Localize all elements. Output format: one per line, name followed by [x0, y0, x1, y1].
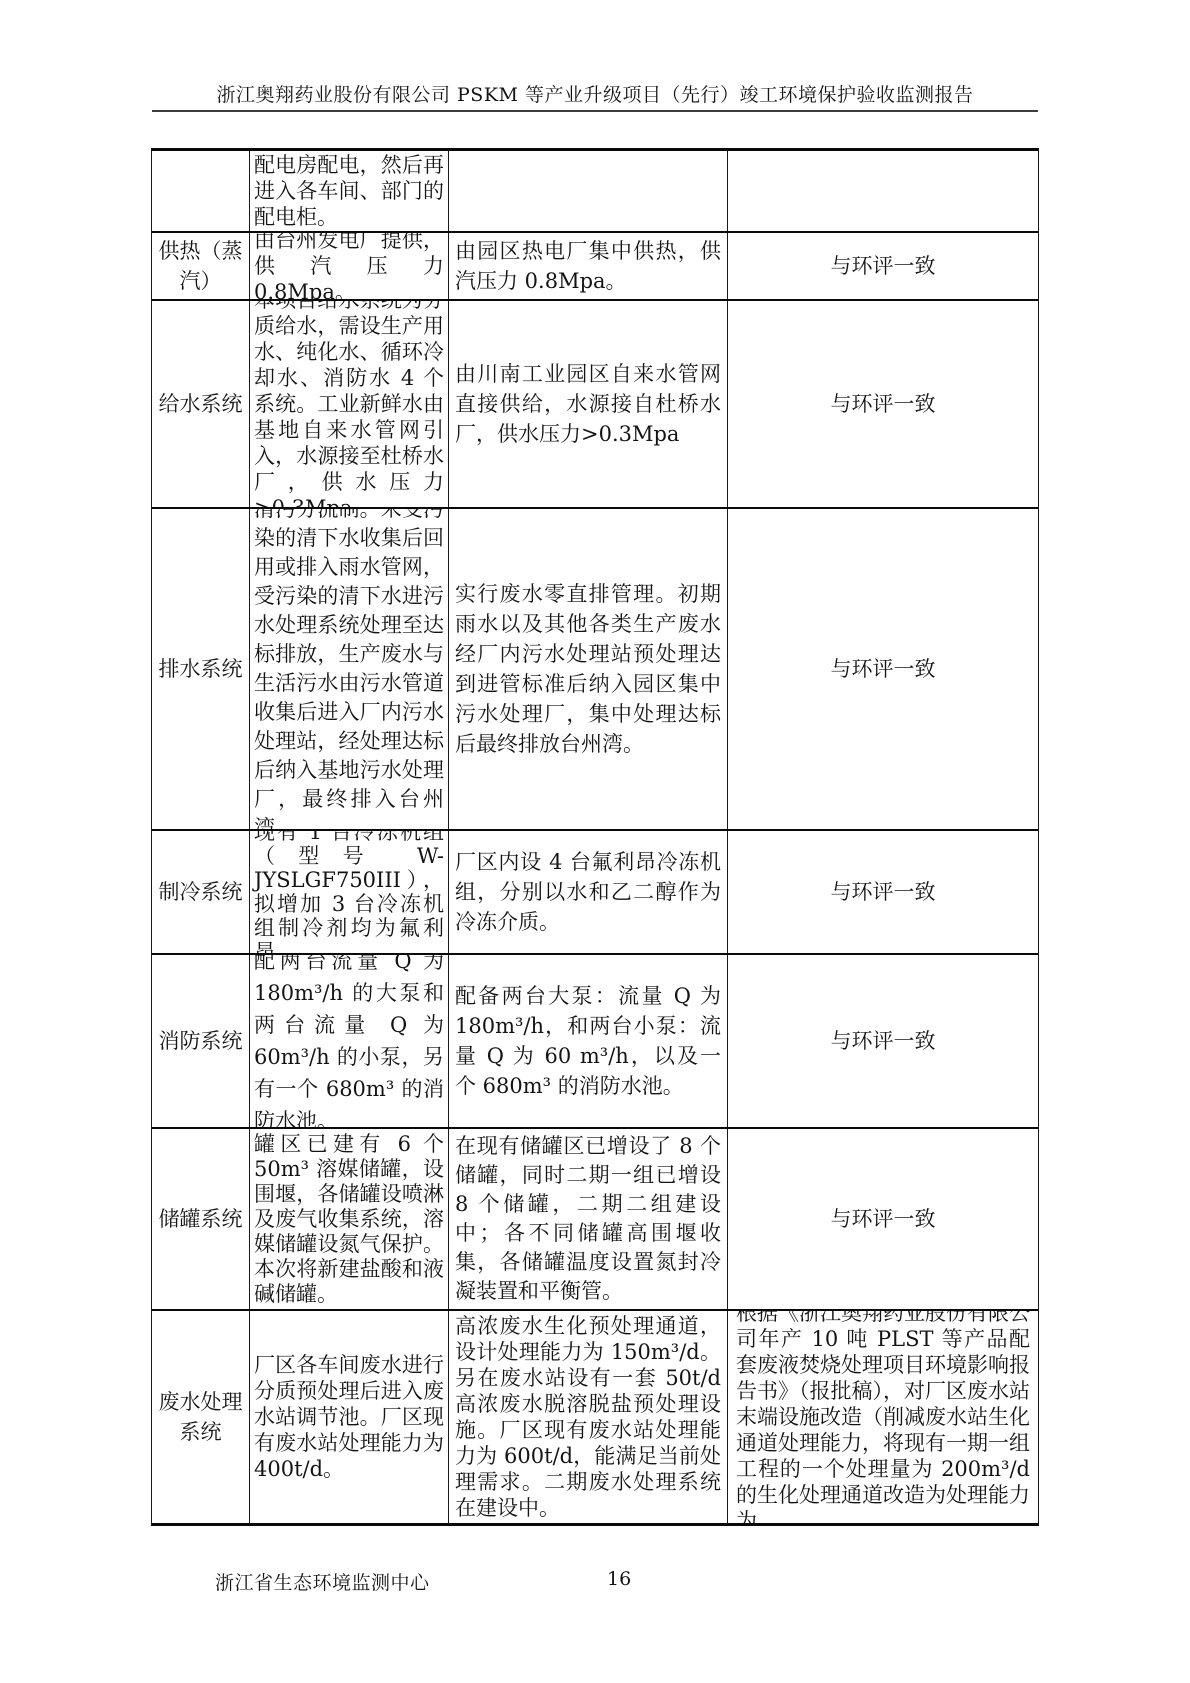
actual-content-text: 高浓废水生化预处理通道，设计处理能力为 150m³/d。另在废水站设有一套 50… [455, 1313, 721, 1521]
actual-content-cell [448, 151, 727, 231]
conclusion-cell: 与环评一致 [727, 233, 1038, 299]
conclusion-text: 与环评一致 [736, 389, 1030, 419]
epa-content-text: 本项目给水系统为分质给水，需设生产用水、纯化水、循环冷却水、消防水 4 个系统。… [254, 301, 444, 507]
epa-content-cell: 罐区已建有 6 个 50m³ 溶媒储罐，设围堰，各储罐设喷淋及废气收集系统，溶媒… [249, 1129, 448, 1309]
conclusion-text: 根据《浙江奥翔药业股份有限公司年产 10 吨 PLST 等产品配套废液焚烧处理项… [736, 1311, 1030, 1523]
system-name-text: 废水处理系统 [155, 1387, 246, 1447]
actual-content-cell: 由川南工业园区自来水管网直接供给，水源接自杜桥水厂，供水压力>0.3Mpa [448, 301, 727, 507]
system-name-text: 供热（蒸汽） [155, 236, 246, 296]
conclusion-cell: 与环评一致 [727, 955, 1038, 1127]
epa-content-text: 厂区各车间废水进行分质预处理后进入废水站调节池。厂区现有废水站处理能力为 400… [254, 1352, 444, 1482]
epa-content-cell: 清污分流制。未受污染的清下水收集后回用或排入雨水管网，受污染的清下水进污水处理系… [249, 509, 448, 829]
table-row: 排水系统 清污分流制。未受污染的清下水收集后回用或排入雨水管网，受污染的清下水进… [152, 507, 1038, 829]
conclusion-cell: 与环评一致 [727, 509, 1038, 829]
epa-content-text: 配电房配电，然后再进入各车间、部门的配电柜。 [254, 152, 444, 230]
document-page: 浙江奥翔药业股份有限公司 PSKM 等产业升级项目（先行）竣工环境保护验收监测报… [0, 0, 1190, 1683]
actual-content-cell: 配备两台大泵：流量 Q 为 180m³/h，和两台小泵：流量 Q 为 60 m³… [448, 955, 727, 1127]
comparison-table: 配电房配电，然后再进入各车间、部门的配电柜。 供热（蒸汽） 由台州发电厂提供，供… [151, 148, 1039, 1526]
page-header-title: 浙江奥翔药业股份有限公司 PSKM 等产业升级项目（先行）竣工环境保护验收监测报… [152, 80, 1038, 107]
actual-content-text: 配备两台大泵：流量 Q 为 180m³/h，和两台小泵：流量 Q 为 60 m³… [455, 981, 721, 1101]
system-name-cell: 排水系统 [152, 509, 249, 829]
system-name-cell: 供热（蒸汽） [152, 233, 249, 299]
epa-content-cell: 本项目给水系统为分质给水，需设生产用水、纯化水、循环冷却水、消防水 4 个系统。… [249, 301, 448, 507]
footer-organization: 浙江省生态环境监测中心 [215, 1568, 430, 1595]
table-row: 储罐系统 罐区已建有 6 个 50m³ 溶媒储罐，设围堰，各储罐设喷淋及废气收集… [152, 1127, 1038, 1309]
epa-content-cell: 配两台流量 Q 为 180m³/h 的大泵和两台流量 Q 为 60m³/h 的小… [249, 955, 448, 1127]
conclusion-text: 与环评一致 [736, 251, 1030, 281]
actual-content-cell: 实行废水零直排管理。初期雨水以及其他各类生产废水经厂内污水处理站预处理达到进管标… [448, 509, 727, 829]
system-name-text: 排水系统 [155, 654, 246, 684]
system-name-text: 消防系统 [155, 1026, 246, 1056]
table-row: 消防系统 配两台流量 Q 为 180m³/h 的大泵和两台流量 Q 为 60m³… [152, 953, 1038, 1127]
epa-content-text: 由台州发电厂提供，供汽压力 0.8Mpa。 [254, 233, 444, 299]
footer-page-number: 16 [607, 1568, 631, 1590]
table-row: 供热（蒸汽） 由台州发电厂提供，供汽压力 0.8Mpa。 由园区热电厂集中供热，… [152, 231, 1038, 299]
conclusion-text: 与环评一致 [736, 654, 1030, 684]
table-row: 废水处理系统 厂区各车间废水进行分质预处理后进入废水站调节池。厂区现有废水站处理… [152, 1309, 1038, 1523]
conclusion-cell: 与环评一致 [727, 301, 1038, 507]
actual-content-text: 由园区热电厂集中供热，供汽压力 0.8Mpa。 [455, 236, 721, 296]
actual-content-cell: 由园区热电厂集中供热，供汽压力 0.8Mpa。 [448, 233, 727, 299]
conclusion-text: 与环评一致 [736, 1204, 1030, 1234]
system-name-cell: 给水系统 [152, 301, 249, 507]
table-row: 给水系统 本项目给水系统为分质给水，需设生产用水、纯化水、循环冷却水、消防水 4… [152, 299, 1038, 507]
system-name-cell: 储罐系统 [152, 1129, 249, 1309]
conclusion-text: 与环评一致 [736, 877, 1030, 907]
table-row: 制冷系统 现有 1 台冷冻机组（型号 W-JYSLGF750III），拟增加 3… [152, 829, 1038, 953]
epa-content-text: 配两台流量 Q 为 180m³/h 的大泵和两台流量 Q 为 60m³/h 的小… [254, 955, 444, 1127]
actual-content-text: 实行废水零直排管理。初期雨水以及其他各类生产废水经厂内污水处理站预处理达到进管标… [455, 579, 721, 759]
epa-content-cell: 厂区各车间废水进行分质预处理后进入废水站调节池。厂区现有废水站处理能力为 400… [249, 1311, 448, 1523]
epa-content-text: 清污分流制。未受污染的清下水收集后回用或排入雨水管网，受污染的清下水进污水处理系… [254, 509, 444, 829]
conclusion-text: 与环评一致 [736, 1026, 1030, 1056]
header-divider [152, 110, 1038, 112]
system-name-text: 储罐系统 [155, 1204, 246, 1234]
table-row: 配电房配电，然后再进入各车间、部门的配电柜。 [152, 151, 1038, 231]
system-name-text: 给水系统 [155, 389, 246, 419]
system-name-cell [152, 151, 249, 231]
conclusion-cell: 与环评一致 [727, 831, 1038, 953]
actual-content-cell: 在现有储罐区已增设了 8 个储罐，同时二期一组已增设 8 个储罐，二期二组建设中… [448, 1129, 727, 1309]
system-name-cell: 消防系统 [152, 955, 249, 1127]
conclusion-cell [727, 151, 1038, 231]
actual-content-text: 厂区内设 4 台氟利昂冷冻机组，分别以水和乙二醇作为冷冻介质。 [455, 847, 721, 937]
actual-content-text: 在现有储罐区已增设了 8 个储罐，同时二期一组已增设 8 个储罐，二期二组建设中… [455, 1132, 721, 1306]
epa-content-text: 罐区已建有 6 个 50m³ 溶媒储罐，设围堰，各储罐设喷淋及废气收集系统，溶媒… [254, 1132, 444, 1307]
system-name-cell: 废水处理系统 [152, 1311, 249, 1523]
conclusion-cell: 根据《浙江奥翔药业股份有限公司年产 10 吨 PLST 等产品配套废液焚烧处理项… [727, 1311, 1038, 1523]
actual-content-cell: 高浓废水生化预处理通道，设计处理能力为 150m³/d。另在废水站设有一套 50… [448, 1311, 727, 1523]
actual-content-cell: 厂区内设 4 台氟利昂冷冻机组，分别以水和乙二醇作为冷冻介质。 [448, 831, 727, 953]
epa-content-cell: 现有 1 台冷冻机组（型号 W-JYSLGF750III），拟增加 3 台冷冻机… [249, 831, 448, 953]
system-name-text: 制冷系统 [155, 877, 246, 907]
conclusion-cell: 与环评一致 [727, 1129, 1038, 1309]
epa-content-cell: 由台州发电厂提供，供汽压力 0.8Mpa。 [249, 233, 448, 299]
system-name-cell: 制冷系统 [152, 831, 249, 953]
epa-content-cell: 配电房配电，然后再进入各车间、部门的配电柜。 [249, 151, 448, 231]
epa-content-text: 现有 1 台冷冻机组（型号 W-JYSLGF750III），拟增加 3 台冷冻机… [254, 831, 444, 953]
actual-content-text: 由川南工业园区自来水管网直接供给，水源接自杜桥水厂，供水压力>0.3Mpa [455, 359, 721, 449]
